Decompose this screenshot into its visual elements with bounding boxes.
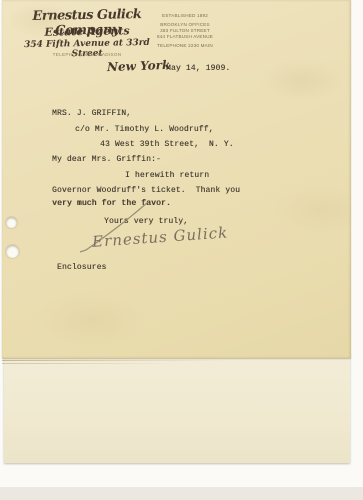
punch-hole-bottom [6, 245, 19, 258]
enclosure-sheet [4, 352, 350, 463]
letterhead-company-type: Estate Agents [20, 24, 154, 39]
enclosures-note: Enclosures [57, 263, 107, 272]
letterhead-city-script: New York [107, 58, 171, 74]
recipient-care-of: c/o Mr. Timothy L. Woodruff, [75, 125, 214, 134]
body-line-2: Governor Woodruff's ticket. Thank you [52, 186, 240, 195]
branch-address-2: 844 FLATBUSH AVENUE [150, 34, 220, 40]
branch-established: ESTABLISHED 1892 [150, 13, 220, 19]
recipient-name: MRS. J. GRIFFIN, [52, 109, 131, 118]
letter-photo: Ernestus Gulick Company Estate Agents 35… [0, 0, 363, 500]
letter-date: May 14, 1909. [166, 64, 230, 73]
sheet-edge-line [2, 360, 232, 361]
salutation: My dear Mrs. Griffin:- [52, 155, 161, 164]
body-line-1: I herewith return [125, 171, 209, 180]
background-band [0, 487, 363, 500]
branch-telephone: TELEPHONE 2230 MAIN [150, 43, 220, 49]
punch-hole-top [6, 217, 17, 228]
sheet-edge-line [2, 363, 182, 364]
recipient-address: 43 West 39th Street, N. Y. [100, 140, 234, 149]
letterhead-telephone: TELEPHONE 4850 MADISON [30, 52, 144, 57]
letterhead-branch-block: ESTABLISHED 1892 BROOKLYN OFFICES 383 FU… [150, 13, 220, 49]
